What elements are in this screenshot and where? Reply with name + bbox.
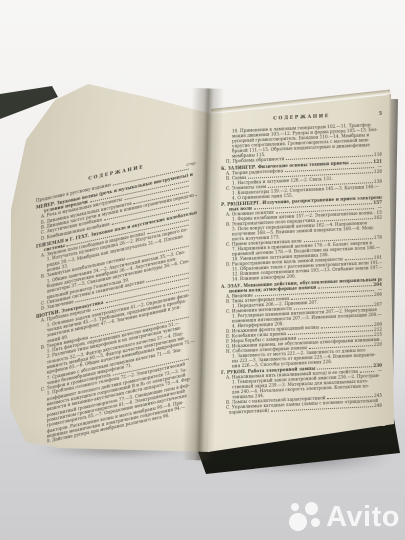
right-page-text: СОДЕРЖАНИЕ 5 10. Применение к ламповым г… <box>221 112 382 416</box>
line-page-number <box>190 168 197 169</box>
avito-wordmark: Avito <box>326 501 400 534</box>
line-page-number: 162 <box>374 215 382 220</box>
line-page-number <box>190 207 197 208</box>
toc-lines-left: Предисловие к русскому изданию МЕЙЕР. Зв… <box>36 164 197 447</box>
line-page-number: 126 <box>374 168 382 173</box>
left-page-text: СОДЕРЖАНИЕ Стр. Предисловие к русскому и… <box>36 154 197 447</box>
logo-circle-small-bottom <box>311 518 320 527</box>
page-number: 5 <box>379 112 382 118</box>
line-page-number: 206 <box>374 291 382 296</box>
line-page-number: 246 <box>374 403 382 408</box>
line-page-number: 116 <box>374 152 382 157</box>
line-page-number: 176 <box>374 235 382 240</box>
line-page-number <box>190 277 197 278</box>
logo-circle-medium <box>305 502 318 515</box>
logo-circle-small-top <box>291 503 299 511</box>
logo-circle-large <box>289 513 307 531</box>
avito-logo-icon <box>288 501 321 534</box>
avito-watermark: Avito <box>288 501 400 534</box>
leader-dots <box>196 195 197 196</box>
toc-lines-right: 10. Применение к ламповым генераторам 10… <box>221 122 382 416</box>
line-page-number: 220 <box>374 341 382 346</box>
photo-of-open-book: СОДЕРЖАНИЕ Стр. Предисловие к русскому и… <box>0 0 405 540</box>
